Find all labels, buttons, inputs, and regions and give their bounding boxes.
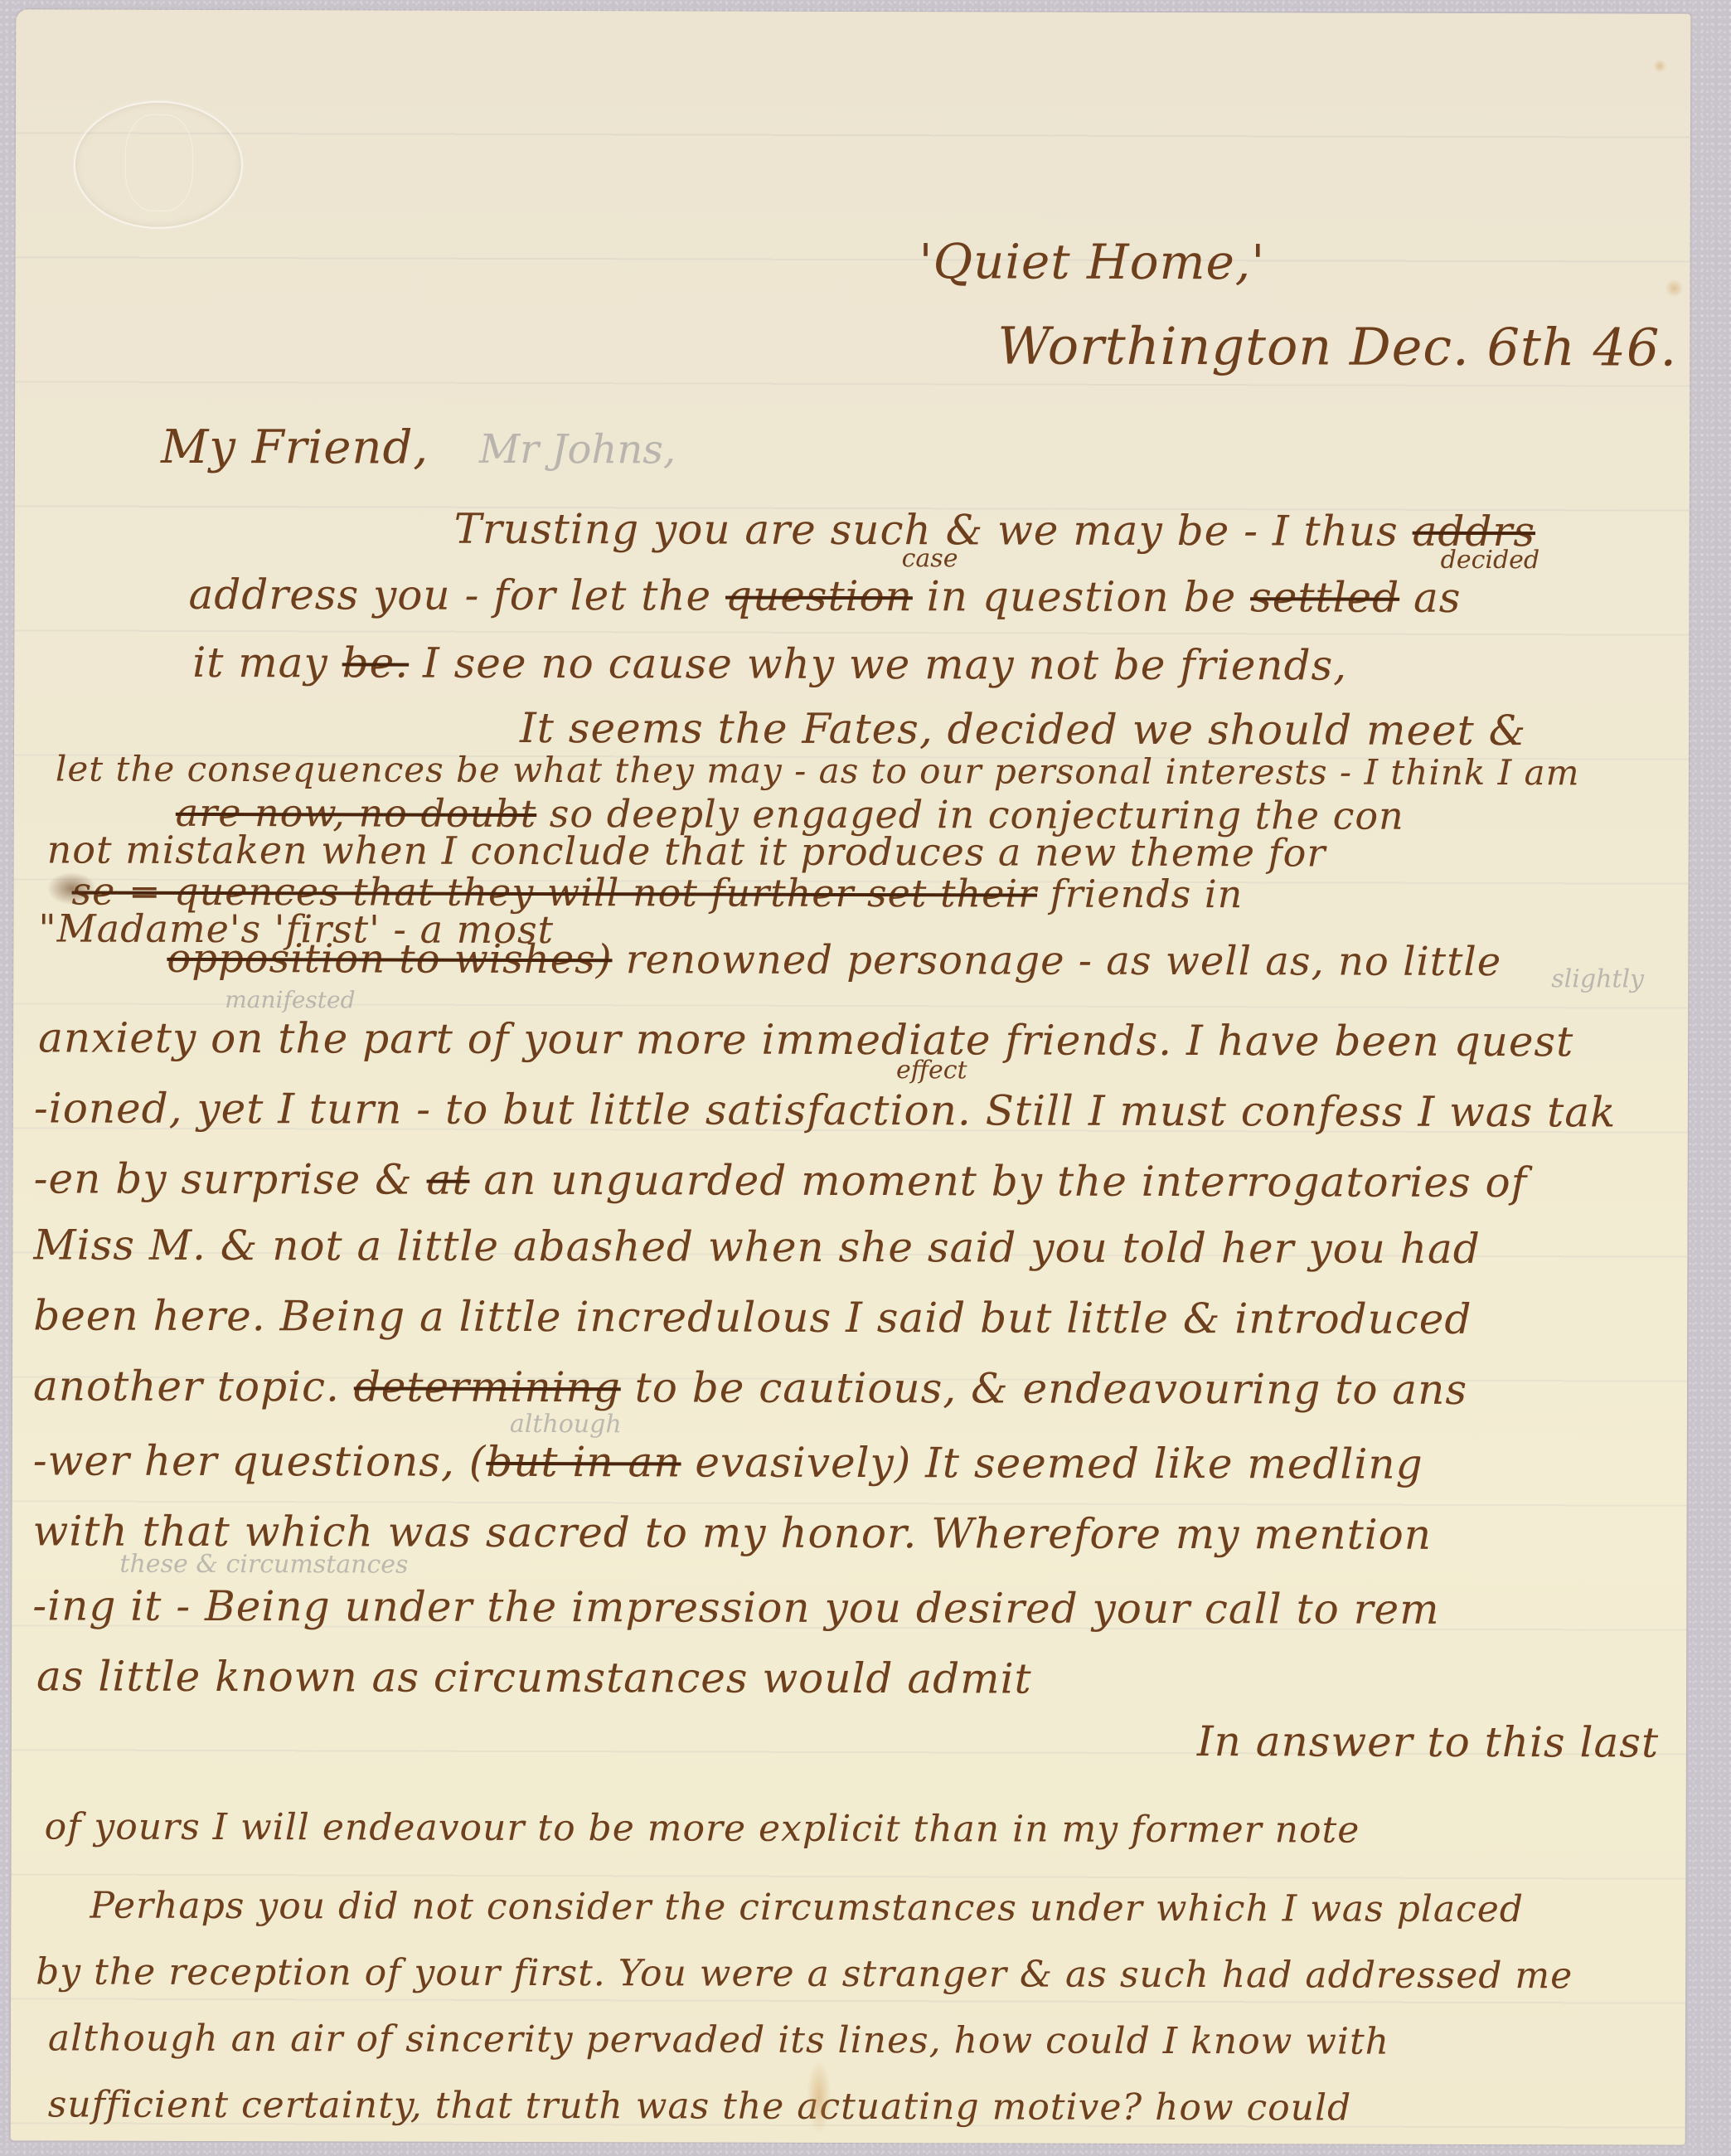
line-text: another topic. xyxy=(33,1362,354,1411)
body-line-1: Trusting you are such & we may be - I th… xyxy=(454,508,1535,552)
body-line-10: opposition to wishes) renowned personage… xyxy=(167,939,1501,982)
line-text: as xyxy=(1399,574,1462,622)
seal-emboss-icon xyxy=(74,101,243,230)
foxing-stain xyxy=(1653,60,1666,73)
body-line-21: In answer to this last xyxy=(1197,1721,1659,1763)
line-text: it may xyxy=(192,639,342,687)
pencil-insertion-although: although xyxy=(510,1412,622,1437)
body-line-11: anxiety on the part of your more immedia… xyxy=(38,1017,1573,1062)
pencil-insertion-circumstances: these & circumstances xyxy=(119,1552,408,1578)
ink-blot xyxy=(47,872,97,905)
struck-text: be. xyxy=(342,639,410,687)
struck-text: question xyxy=(725,572,913,621)
struck-text: opposition to wishes) xyxy=(167,935,612,983)
line-text: an unguarded moment by the interrogatori… xyxy=(469,1156,1527,1207)
body-line-22: of yours I will endeavour to be more exp… xyxy=(45,1809,1360,1848)
body-line-23: Perhaps you did not consider the circums… xyxy=(90,1888,1524,1929)
body-line-26: sufficient certainty, that truth was the… xyxy=(48,2086,1352,2126)
body-line-15: been here. Being a little incredulous I … xyxy=(33,1294,1472,1340)
body-line-4: It seems the Fates, decided we should me… xyxy=(520,707,1526,751)
body-line-24: by the reception of your first. You were… xyxy=(36,1954,1573,1994)
line-text: address you - for let the xyxy=(188,571,725,620)
body-line-2: address you - for let the question in qu… xyxy=(188,574,1461,619)
body-line-25: although an air of sincerity pervaded it… xyxy=(48,2020,1389,2060)
line-text: -wer her questions, ( xyxy=(33,1436,487,1485)
pencil-salutation-note: Mr Johns, xyxy=(479,430,676,470)
place-name: 'Quiet Home,' xyxy=(919,237,1265,286)
line-text: renowned personage - as well as, no litt… xyxy=(612,936,1501,985)
line-text: I see no cause why we may not be friends… xyxy=(409,639,1347,690)
struck-text: settled xyxy=(1250,573,1399,621)
line-text: in question be xyxy=(913,572,1250,621)
letter-page: 'Quiet Home,' Worthington Dec. 6th 46. M… xyxy=(11,9,1691,2144)
insertion-decided: decided xyxy=(1441,548,1540,573)
foxing-stain xyxy=(807,2060,832,2134)
pencil-insertion-slightly: slightly xyxy=(1551,967,1644,992)
body-line-13: -en by surprise & at an unguarded moment… xyxy=(34,1158,1528,1203)
body-line-18: with that which was sacred to my honor. … xyxy=(32,1510,1432,1555)
seal-emboss-detail xyxy=(125,114,193,211)
body-line-12: -ioned, yet I turn - to but little satis… xyxy=(34,1087,1617,1133)
line-text: friends in xyxy=(1037,872,1243,917)
body-line-7: not mistaken when I conclude that it pro… xyxy=(47,830,1326,872)
struck-text: determining xyxy=(354,1362,621,1411)
struck-text: at xyxy=(427,1156,470,1204)
insertion-effect: effect xyxy=(896,1058,967,1083)
salutation: My Friend, xyxy=(161,425,429,472)
body-line-17: -wer her questions, (but in an evasively… xyxy=(33,1440,1423,1484)
insertion-case: case xyxy=(902,546,958,571)
pencil-insertion-manifested: manifested xyxy=(225,988,355,1012)
dateline: Worthington Dec. 6th 46. xyxy=(997,320,1677,373)
body-line-14: Miss M. & not a little abashed when she … xyxy=(33,1224,1480,1270)
line-text: -en by surprise & xyxy=(34,1154,427,1203)
body-line-19: -ing it - Being under the impression you… xyxy=(32,1585,1439,1629)
body-line-20: as little known as circumstances would a… xyxy=(36,1655,1032,1699)
line-text: evasively) It seemed like medling xyxy=(681,1438,1423,1488)
struck-text: but in an xyxy=(486,1438,681,1487)
foxing-stain xyxy=(1665,279,1683,298)
line-text: to be cautious, & endeavouring to ans xyxy=(621,1363,1467,1414)
body-line-5: let the consequences be what they may - … xyxy=(56,751,1580,790)
body-line-3: it may be. I see no cause why we may not… xyxy=(192,642,1347,687)
body-line-16: another topic. determining to be cautiou… xyxy=(33,1365,1467,1411)
